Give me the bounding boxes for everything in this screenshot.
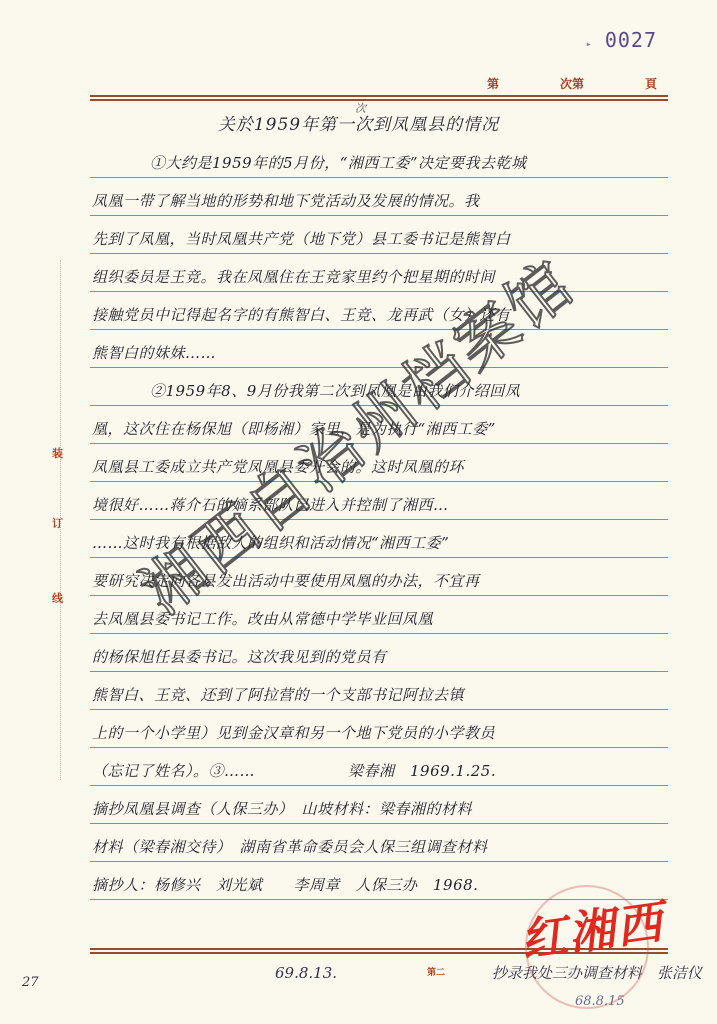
archive-document-page: ▸0027 第 次第 頁 次 关於1959年第一次到凤凰县的情况 装 订 线 ①… — [0, 0, 717, 1024]
line-text: 接触党员中记得起名字的有熊智白、王竞、龙再武（女）还有 — [92, 304, 668, 325]
body-line: 的杨保旭任县委书记。这次我见到的党员有 — [90, 634, 668, 672]
line-text: 凤凰一带了解当地的形势和地下党活动及发展的情况。我 — [92, 190, 668, 211]
body-line: 要研究决定向各县发出活动中要使用凤凰的办法，不宜再 — [90, 558, 668, 596]
line-text: 要研究决定向各县发出活动中要使用凤凰的办法，不宜再 — [92, 570, 668, 591]
binding-label-1: 装 — [52, 445, 63, 461]
annotation-line: 材料（梁春湘交待） 湖南省革命委员会人保三组调查材料 — [90, 824, 668, 862]
line-text: 熊智白、王竞、还到了阿拉营的一个支部书记阿拉去镇 — [92, 684, 668, 705]
body-line: 熊智白的妹妹…… — [90, 330, 668, 368]
page-header-label: 第 次第 頁 — [487, 75, 657, 92]
document-title: 关於1959年第一次到凤凰县的情况 — [0, 110, 717, 135]
archive-number-value: 0027 — [605, 28, 657, 52]
body-line: 接触党员中记得起名字的有熊智白、王竞、龙再武（女）还有 — [90, 292, 668, 330]
body-line: 熊智白、王竞、还到了阿拉营的一个支部书记阿拉去镇 — [90, 672, 668, 710]
binding-label-2: 订 — [52, 515, 63, 531]
body-line: 先到了凤凰，当时凤凰共产党（地下党）县工委书记是熊智白 — [90, 216, 668, 254]
line-text: 凤凰县工委成立共产党凤凰县委开会的。这时凤凰的环 — [92, 456, 668, 477]
body-line: ②1959年8、9月份我第二次到凤凰是由我们介绍回凤 — [90, 368, 668, 406]
footer-printed-mark: 第二 — [427, 965, 445, 978]
body-line: 境很好……蒋介石的嫡系部队已进入并控制了湘西… — [90, 482, 668, 520]
body-line: 凤凰县工委成立共产党凤凰县委开会的。这时凤凰的环 — [90, 444, 668, 482]
body-line: ①大约是1959年的5月份，“湘西工委”决定要我去乾城 — [90, 140, 668, 178]
body-line: 凤凰一带了解当地的形势和地下党活动及发展的情况。我 — [90, 178, 668, 216]
page-number: 27 — [22, 975, 39, 990]
binding-label-3: 线 — [52, 590, 63, 606]
footer-date-value: 69.8.13. — [275, 964, 337, 982]
header-label-2: 次第 — [560, 75, 584, 92]
line-text: ②1959年8、9月份我第二次到凤凰是由我们介绍回凤 — [150, 380, 668, 401]
handwritten-body: ①大约是1959年的5月份，“湘西工委”决定要我去乾城凤凰一带了解当地的形势和地… — [90, 140, 668, 900]
body-line: 上的一个小学里）见到金汉章和另一个地下党员的小学教员 — [90, 710, 668, 748]
line-text: ①大约是1959年的5月份，“湘西工委”决定要我去乾城 — [150, 152, 668, 173]
line-text: 上的一个小学里）见到金汉章和另一个地下党员的小学教员 — [92, 722, 668, 743]
archive-number: ▸0027 — [586, 28, 657, 52]
line-text: 的杨保旭任县委书记。这次我见到的党员有 — [92, 646, 668, 667]
line-text: 去凤凰县委书记工作。改由从常德中学毕业回凤凰 — [92, 608, 668, 629]
body-line: 凰，这次住在杨保旭（即杨湘）家里，是为执行“湘西工委” — [90, 406, 668, 444]
tick-mark: ▸ — [586, 39, 593, 50]
line-text: （忘记了姓名）。③…… 梁春湘 1969.1.25. — [92, 760, 668, 781]
body-line: 组织委员是王竞。我在凤凰住在王竞家里约个把星期的时间 — [90, 254, 668, 292]
line-text: 摘抄凤凰县调查（人保三办） 山坡材料：梁春湘的材料 — [92, 798, 668, 819]
body-line: 去凤凰县委书记工作。改由从常德中学毕业回凤凰 — [90, 596, 668, 634]
header-label-3: 頁 — [645, 75, 657, 92]
line-text: 熊智白的妹妹…… — [92, 342, 668, 363]
body-line: （忘记了姓名）。③…… 梁春湘 1969.1.25. — [90, 748, 668, 786]
line-text: 凰，这次住在杨保旭（即杨湘）家里，是为执行“湘西工委” — [92, 418, 668, 439]
line-text: 组织委员是王竞。我在凤凰住在王竞家里约个把星期的时间 — [92, 266, 668, 287]
line-text: ……这时我有根据敌人的组织和活动情况“湘西工委” — [92, 532, 668, 553]
seal-date: 68.8.15 — [575, 994, 625, 1009]
annotation-line: 摘抄凤凰县调查（人保三办） 山坡材料：梁春湘的材料 — [90, 786, 668, 824]
header-label-1: 第 — [487, 75, 499, 92]
line-text: 先到了凤凰，当时凤凰共产党（地下党）县工委书记是熊智白 — [92, 228, 668, 249]
line-text: 境很好……蒋介石的嫡系部队已进入并控制了湘西… — [92, 494, 668, 515]
body-line: ……这时我有根据敌人的组织和活动情况“湘西工委” — [90, 520, 668, 558]
header-rule — [90, 95, 668, 101]
line-text: 材料（梁春湘交待） 湖南省革命委员会人保三组调查材料 — [92, 836, 668, 857]
